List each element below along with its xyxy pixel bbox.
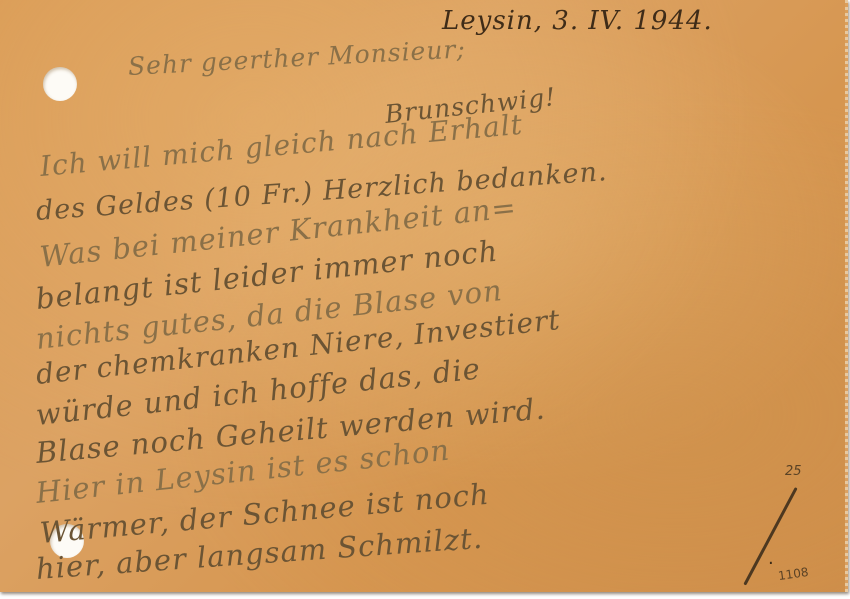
place-date: Leysin, 3. IV. 1944. (442, 6, 713, 36)
postcard: Leysin, 3. IV. 1944. Sehr geerther Monsi… (0, 0, 848, 592)
punch-hole-top (43, 67, 77, 101)
salutation: Sehr geerther Monsieur; (127, 34, 466, 81)
archive-number: 1108 (777, 565, 809, 583)
margin-number: 25 (785, 464, 802, 479)
closing-dot: . (768, 548, 774, 569)
